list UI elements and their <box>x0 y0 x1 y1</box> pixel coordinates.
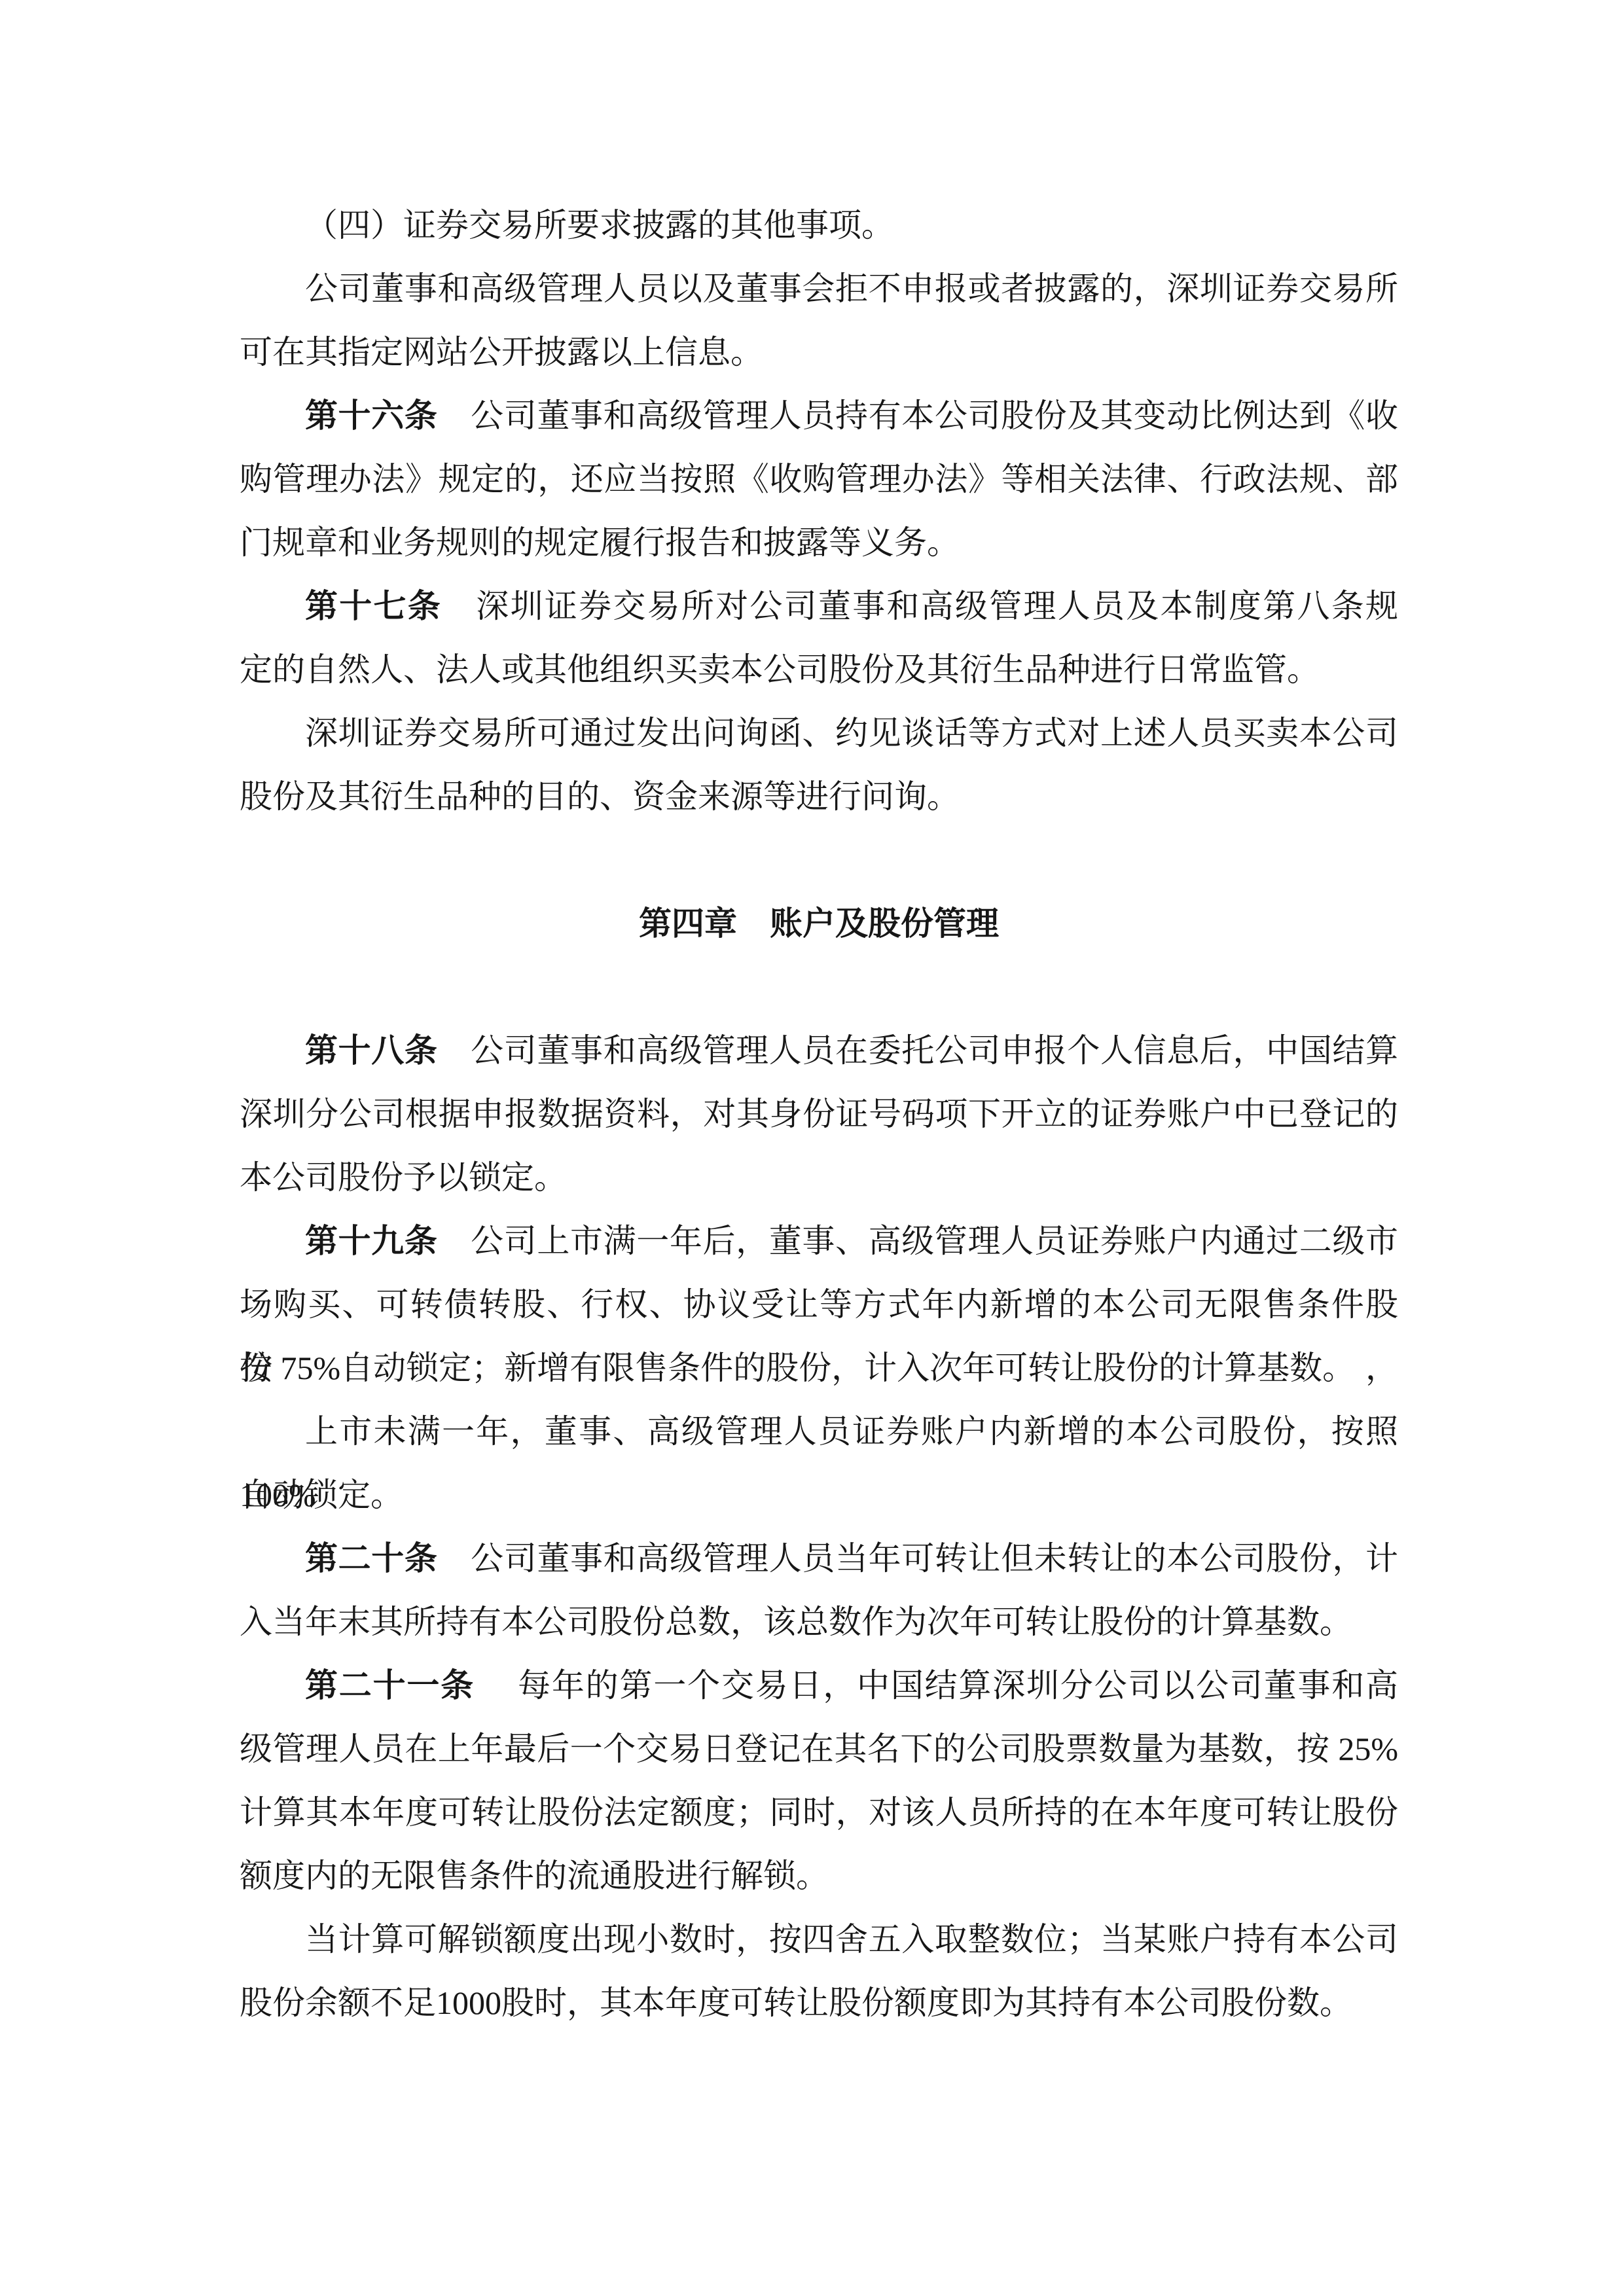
text-line: 当计算可解锁额度出现小数时，按四舍五入取整数位；当某账户持有本公司 <box>240 1908 1398 1971</box>
document-page: （四）证券交易所要求披露的其他事项。公司董事和高级管理人员以及董事会拒不申报或者… <box>0 0 1624 2296</box>
article-number: 第二十条 <box>305 1540 438 1577</box>
text-line: 第十六条 公司董事和高级管理人员持有本公司股份及其变动比例达到《收 <box>240 384 1398 448</box>
blank-line <box>240 956 1398 1019</box>
text-segment: 深圳证券交易所可通过发出问询函、约见谈话等方式对上述人员买卖本公司 <box>305 715 1398 751</box>
text-line: 门规章和业务规则的规定履行报告和披露等义务。 <box>240 511 1398 575</box>
text-segment: 股份余额不足1000股时，其本年度可转让股份额度即为其持有本公司股份数。 <box>240 1984 1352 2021</box>
text-segment: （四）证券交易所要求披露的其他事项。 <box>305 207 894 243</box>
text-line: 定的自然人、法人或其他组织买卖本公司股份及其衍生品种进行日常监管。 <box>240 638 1398 702</box>
text-line: 上市未满一年，董事、高级管理人员证券账户内新增的本公司股份，按照 100% <box>240 1400 1398 1463</box>
text-segment: 本公司股份予以锁定。 <box>240 1159 567 1196</box>
text-line: 第二十一条 每年的第一个交易日，中国结算深圳分公司以公司董事和高 <box>240 1654 1398 1717</box>
article-number: 第十七条 <box>305 588 442 624</box>
text-segment: 每年的第一个交易日，中国结算深圳分公司以公司董事和高 <box>475 1667 1398 1704</box>
text-line: 第十七条 深圳证券交易所对公司董事和高级管理人员及本制度第八条规 <box>240 575 1398 638</box>
text-line: 可在其指定网站公开披露以上信息。 <box>240 321 1398 384</box>
article-number: 第十九条 <box>305 1223 438 1259</box>
text-line: 按 75%自动锁定；新增有限售条件的股份，计入次年可转让股份的计算基数。 <box>240 1336 1398 1400</box>
text-segment: 计算其本年度可转让股份法定额度；同时，对该人员所持的在本年度可转让股份 <box>240 1794 1398 1831</box>
text-segment: 股份及其衍生品种的目的、资金来源等进行问询。 <box>240 778 960 815</box>
article-number: 第四章 账户及股份管理 <box>639 905 999 942</box>
text-segment: 深圳分公司根据申报数据资料，对其身份证号码项下开立的证券账户中已登记的 <box>240 1096 1398 1132</box>
text-line: 额度内的无限售条件的流通股进行解锁。 <box>240 1844 1398 1908</box>
text-segment: 按 75%自动锁定；新增有限售条件的股份，计入次年可转让股份的计算基数。 <box>240 1350 1355 1386</box>
article-number: 第二十一条 <box>305 1667 475 1704</box>
blank-line <box>240 829 1398 892</box>
document-body: （四）证券交易所要求披露的其他事项。公司董事和高级管理人员以及董事会拒不申报或者… <box>240 194 1398 2035</box>
text-line: 本公司股份予以锁定。 <box>240 1146 1398 1210</box>
text-segment: 级管理人员在上年最后一个交易日登记在其名下的公司股票数量为基数，按 25% <box>240 1731 1398 1767</box>
text-line: 场购买、可转债转股、行权、协议受让等方式年内新增的本公司无限售条件股份， <box>240 1273 1398 1336</box>
chapter-heading: 第四章 账户及股份管理 <box>240 892 1398 956</box>
text-segment: 可在其指定网站公开披露以上信息。 <box>240 334 763 370</box>
article-number: 第十八条 <box>305 1032 438 1069</box>
text-segment: 公司董事和高级管理人员以及董事会拒不申报或者披露的，深圳证券交易所 <box>305 270 1398 307</box>
text-segment: 公司上市满一年后，董事、高级管理人员证券账户内通过二级市 <box>438 1223 1399 1259</box>
text-segment: 公司董事和高级管理人员当年可转让但未转让的本公司股份，计 <box>438 1540 1399 1577</box>
text-line: 第十九条 公司上市满一年后，董事、高级管理人员证券账户内通过二级市 <box>240 1210 1398 1273</box>
text-line: 第二十条 公司董事和高级管理人员当年可转让但未转让的本公司股份，计 <box>240 1527 1398 1590</box>
text-segment: 入当年末其所持有本公司股份总数，该总数作为次年可转让股份的计算基数。 <box>240 1604 1352 1640</box>
text-segment: 额度内的无限售条件的流通股进行解锁。 <box>240 1857 829 1894</box>
text-line: （四）证券交易所要求披露的其他事项。 <box>240 194 1398 257</box>
text-line: 入当年末其所持有本公司股份总数，该总数作为次年可转让股份的计算基数。 <box>240 1590 1398 1654</box>
text-segment: 深圳证券交易所对公司董事和高级管理人员及本制度第八条规 <box>442 588 1398 624</box>
text-segment: 定的自然人、法人或其他组织买卖本公司股份及其衍生品种进行日常监管。 <box>240 651 1320 688</box>
text-line: 计算其本年度可转让股份法定额度；同时，对该人员所持的在本年度可转让股份 <box>240 1781 1398 1844</box>
text-segment: 门规章和业务规则的规定履行报告和披露等义务。 <box>240 524 960 561</box>
text-segment: 当计算可解锁额度出现小数时，按四舍五入取整数位；当某账户持有本公司 <box>305 1921 1398 1958</box>
text-line: 购管理办法》规定的，还应当按照《收购管理办法》等相关法律、行政法规、部 <box>240 448 1398 511</box>
text-line: 深圳分公司根据申报数据资料，对其身份证号码项下开立的证券账户中已登记的 <box>240 1083 1398 1146</box>
text-line: 公司董事和高级管理人员以及董事会拒不申报或者披露的，深圳证券交易所 <box>240 257 1398 321</box>
article-number: 第十六条 <box>305 397 438 434</box>
text-line: 自动锁定。 <box>240 1463 1398 1527</box>
text-line: 股份余额不足1000股时，其本年度可转让股份额度即为其持有本公司股份数。 <box>240 1971 1398 2035</box>
text-line: 深圳证券交易所可通过发出问询函、约见谈话等方式对上述人员买卖本公司 <box>240 702 1398 765</box>
text-segment: 自动锁定。 <box>240 1477 403 1513</box>
text-line: 股份及其衍生品种的目的、资金来源等进行问询。 <box>240 765 1398 829</box>
text-line: 级管理人员在上年最后一个交易日登记在其名下的公司股票数量为基数，按 25% <box>240 1717 1398 1781</box>
text-line: 第十八条 公司董事和高级管理人员在委托公司申报个人信息后，中国结算 <box>240 1019 1398 1083</box>
text-segment: 购管理办法》规定的，还应当按照《收购管理办法》等相关法律、行政法规、部 <box>240 461 1398 497</box>
text-segment: 公司董事和高级管理人员在委托公司申报个人信息后，中国结算 <box>438 1032 1399 1069</box>
text-segment: 公司董事和高级管理人员持有本公司股份及其变动比例达到《收 <box>438 397 1399 434</box>
